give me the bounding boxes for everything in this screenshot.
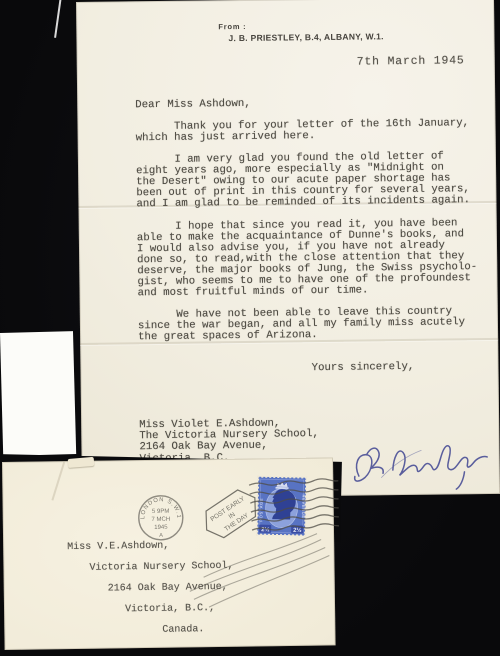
postage-stamp: POSTAGE REVENUE 2½ 2½ (257, 477, 306, 536)
page-corner-white (0, 331, 76, 456)
stamp-postage-label: POSTAGE (258, 498, 264, 522)
envelope-address: Miss V.E.Ashdown, Victoria Nursery Schoo… (67, 535, 234, 642)
slogan-line-1: POST EARLY (209, 495, 246, 523)
slogan-line-3: THE DAY (223, 512, 250, 533)
address-line: Miss V.E.Ashdown, (67, 535, 233, 558)
cds-day: 7 MCH (151, 517, 170, 523)
stamp-value-left: 2½ (261, 526, 269, 533)
address-line: Canada. (162, 619, 234, 641)
photo-scratch-line (54, 0, 62, 38)
typed-letter: From : J. B. PRIESTLEY, B.4, ALBANY, W.1… (76, 0, 500, 499)
cds-time: 5 9PM (152, 509, 169, 515)
cds-postmark (138, 495, 183, 540)
letter-date: 7th March 1945 (357, 54, 465, 68)
envelope-flap-tear (68, 457, 95, 468)
letterhead-from-label: From : (218, 20, 383, 31)
crown-icon (276, 481, 289, 489)
address-line: 2164 Oak Bay Avenue, (108, 577, 234, 600)
address-line: Victoria Nursery School, (89, 556, 233, 579)
stamp-value-right: 2½ (293, 527, 301, 534)
envelope-crease (51, 462, 65, 501)
photograph: From : J. B. PRIESTLEY, B.4, ALBANY, W.1… (0, 0, 500, 656)
letterhead-name: J. B. PRIESTLEY, B.4, ALBANY, W.1. (228, 31, 383, 43)
stamp-revenue-label: REVENUE (301, 495, 306, 519)
address-line: Victoria, B.C., (125, 598, 234, 621)
letter-body: Dear Miss Ashdown, Thank you for your le… (135, 96, 479, 465)
envelope: POSTAGE REVENUE 2½ 2½ Miss V.E.Ashdown, … (2, 457, 336, 650)
slogan-line-2: IN (228, 511, 238, 521)
letterhead: From : J. B. PRIESTLEY, B.4, ALBANY, W.1… (218, 20, 384, 43)
cds-place-text: LONDON S.W.1 (140, 497, 181, 520)
cds-year: 1945 (154, 525, 168, 531)
